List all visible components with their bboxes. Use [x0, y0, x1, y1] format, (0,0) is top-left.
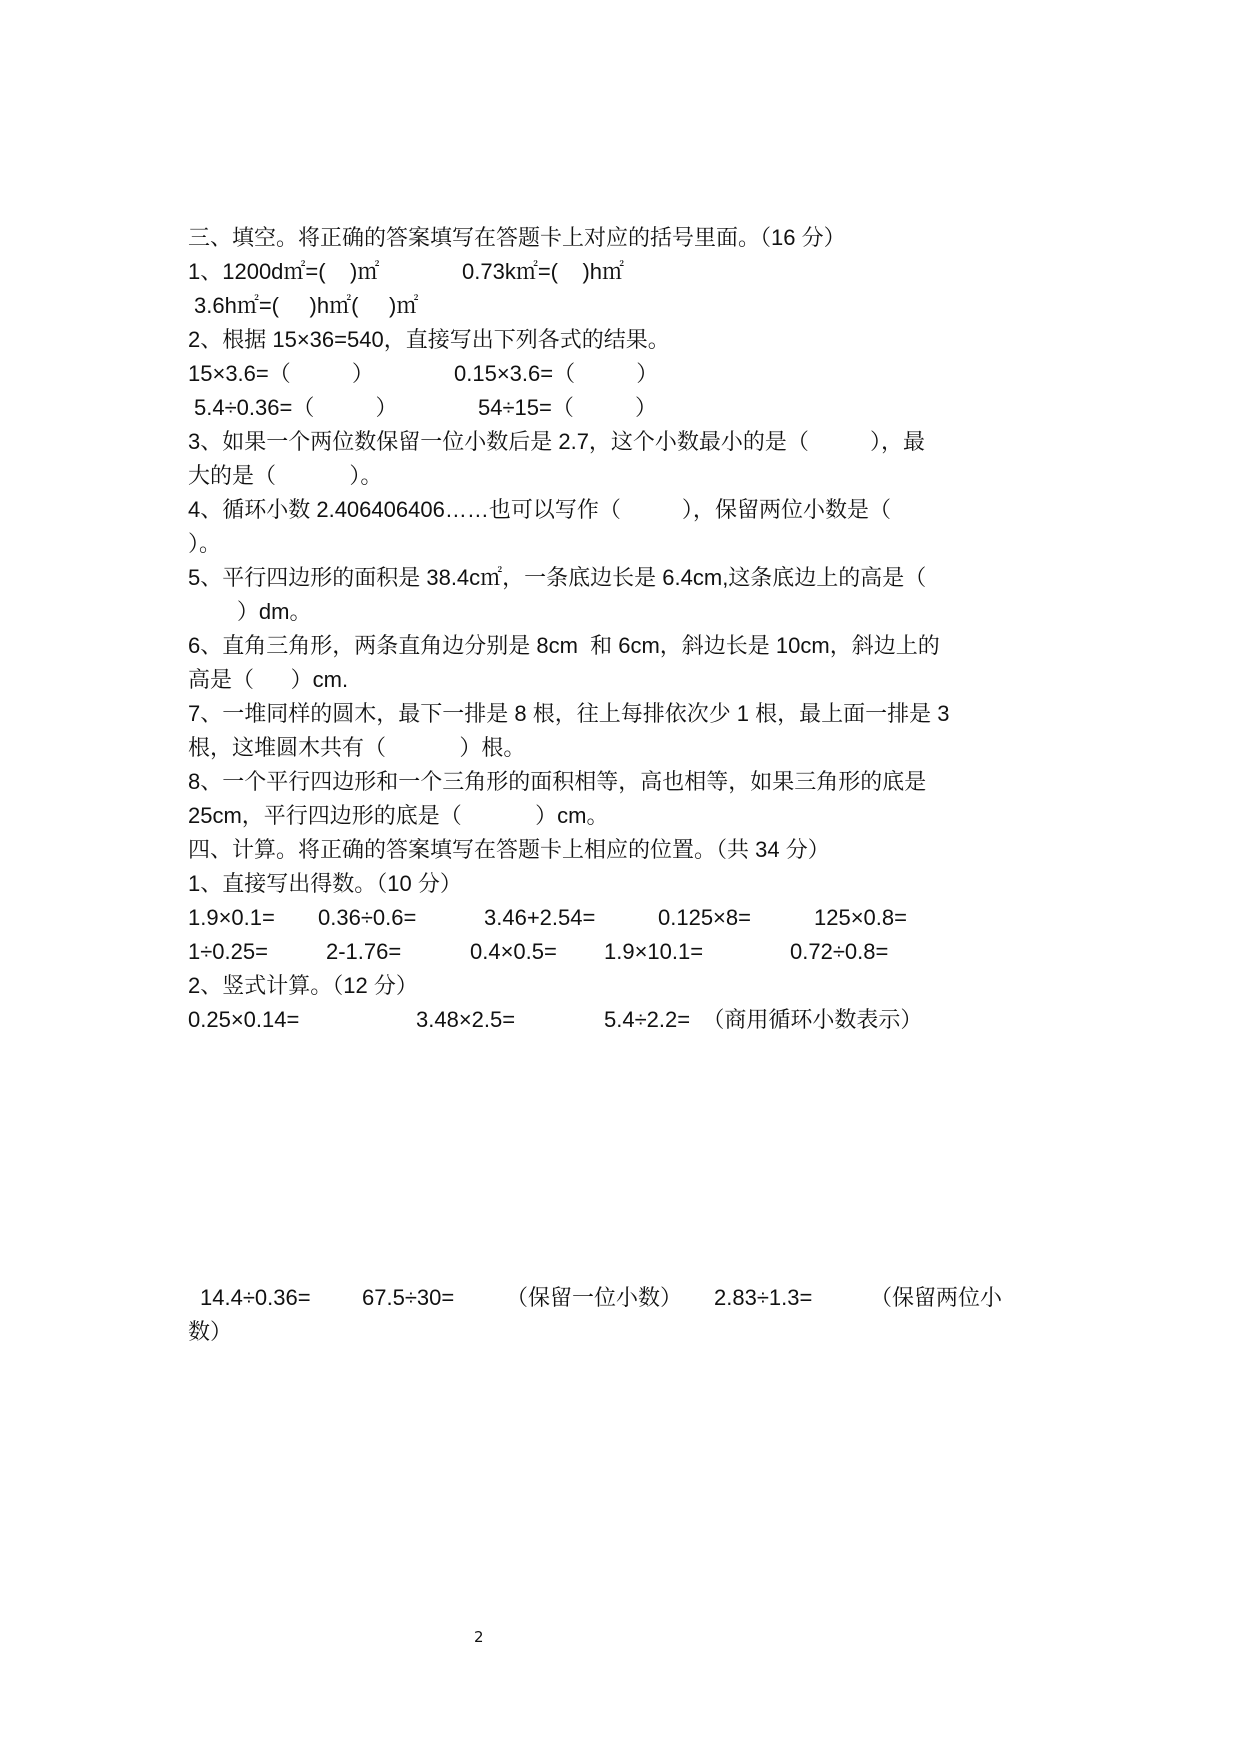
q1-line2: 3.6h㎡=( )h㎡( )㎡ [194, 292, 418, 320]
q3-line1: 3、如果一个两位数保留一位小数后是 2.7，这个小数最小的是（ ），最 [188, 428, 925, 456]
q2-item-4: 54÷15=（ ） [478, 394, 657, 422]
q2-item-2: 0.15×3.6=（ ） [454, 360, 658, 388]
q7-line1: 7、一堆同样的圆木，最下一排是 8 根，往上每排依次少 1 根，最上面一排是 3 [188, 700, 950, 728]
q2-heading: 2、根据 15×36=540，直接写出下列各式的结果。 [188, 326, 670, 354]
q8-line2: 25cm，平行四边形的底是（ ）cm。 [188, 802, 608, 830]
p1-r2-c2: 2-1.76= [326, 938, 401, 966]
q1-line1-b: 0.73k㎡=( )h㎡ [462, 258, 624, 286]
section-4-heading: 四、计算。将正确的答案填写在答题卡上相应的位置。（共 34 分） [188, 836, 830, 864]
q6-line2: 高是（ ）cm. [188, 666, 348, 694]
p2-r2-note2: （保留两位小 [870, 1284, 1002, 1312]
section-3-heading: 三、填空。将正确的答案填写在答题卡上对应的括号里面。（16 分） [188, 224, 846, 252]
q4-line1: 4、循环小数 2.406406406……也可以写作（ ），保留两位小数是（ [188, 496, 891, 524]
q1-line1-a: 1、1200d㎡=( )㎡ [188, 258, 379, 286]
p1-r2-c3: 0.4×0.5= [470, 938, 557, 966]
q4-line2: ）。 [188, 530, 221, 558]
q6-line1: 6、直角三角形，两条直角边分别是 8cm 和 6cm，斜边长是 10cm，斜边上… [188, 632, 940, 660]
p2-r2-c1: 14.4÷0.36= [200, 1284, 311, 1312]
p2-r2-note1: （保留一位小数） [506, 1284, 682, 1312]
p1-r1-c5: 125×0.8= [814, 904, 907, 932]
p2-r2-c2: 67.5÷30= [362, 1284, 454, 1312]
part-2-heading: 2、竖式计算。（12 分） [188, 972, 418, 1000]
p1-r2-c4: 1.9×10.1= [604, 938, 703, 966]
p1-r1-c2: 0.36÷0.6= [318, 904, 416, 932]
p1-r2-c5: 0.72÷0.8= [790, 938, 888, 966]
q2-item-3: 5.4÷0.36=（ ） [194, 394, 397, 422]
q3-line2: 大的是（ ）。 [188, 462, 382, 490]
q7-line2: 根，这堆圆木共有（ ）根。 [188, 734, 525, 762]
q8-line1: 8、一个平行四边形和一个三角形的面积相等，高也相等，如果三角形的底是 [188, 768, 926, 796]
p2-r2-note2-wrap: 数） [188, 1318, 232, 1346]
p1-r1-c4: 0.125×8= [658, 904, 751, 932]
p2-r1-c2: 3.48×2.5= [416, 1006, 515, 1034]
p1-r2-c1: 1÷0.25= [188, 938, 268, 966]
p2-r1-c1: 0.25×0.14= [188, 1006, 299, 1034]
part-1-heading: 1、直接写出得数。（10 分） [188, 870, 462, 898]
q5-line2: ）dm。 [188, 598, 311, 626]
p2-r2-c3: 2.83÷1.3= [714, 1284, 812, 1312]
q5-line1: 5、平行四边形的面积是 38.4c㎡，一条底边长是 6.4cm,这条底边上的高是… [188, 564, 926, 592]
page-number: 2 [474, 1628, 484, 1646]
p1-r1-c3: 3.46+2.54= [484, 904, 595, 932]
p1-r1-c1: 1.9×0.1= [188, 904, 275, 932]
q2-item-1: 15×3.6=（ ） [188, 360, 374, 388]
p2-r1-c3: 5.4÷2.2= （商用循环小数表示） [604, 1006, 922, 1034]
